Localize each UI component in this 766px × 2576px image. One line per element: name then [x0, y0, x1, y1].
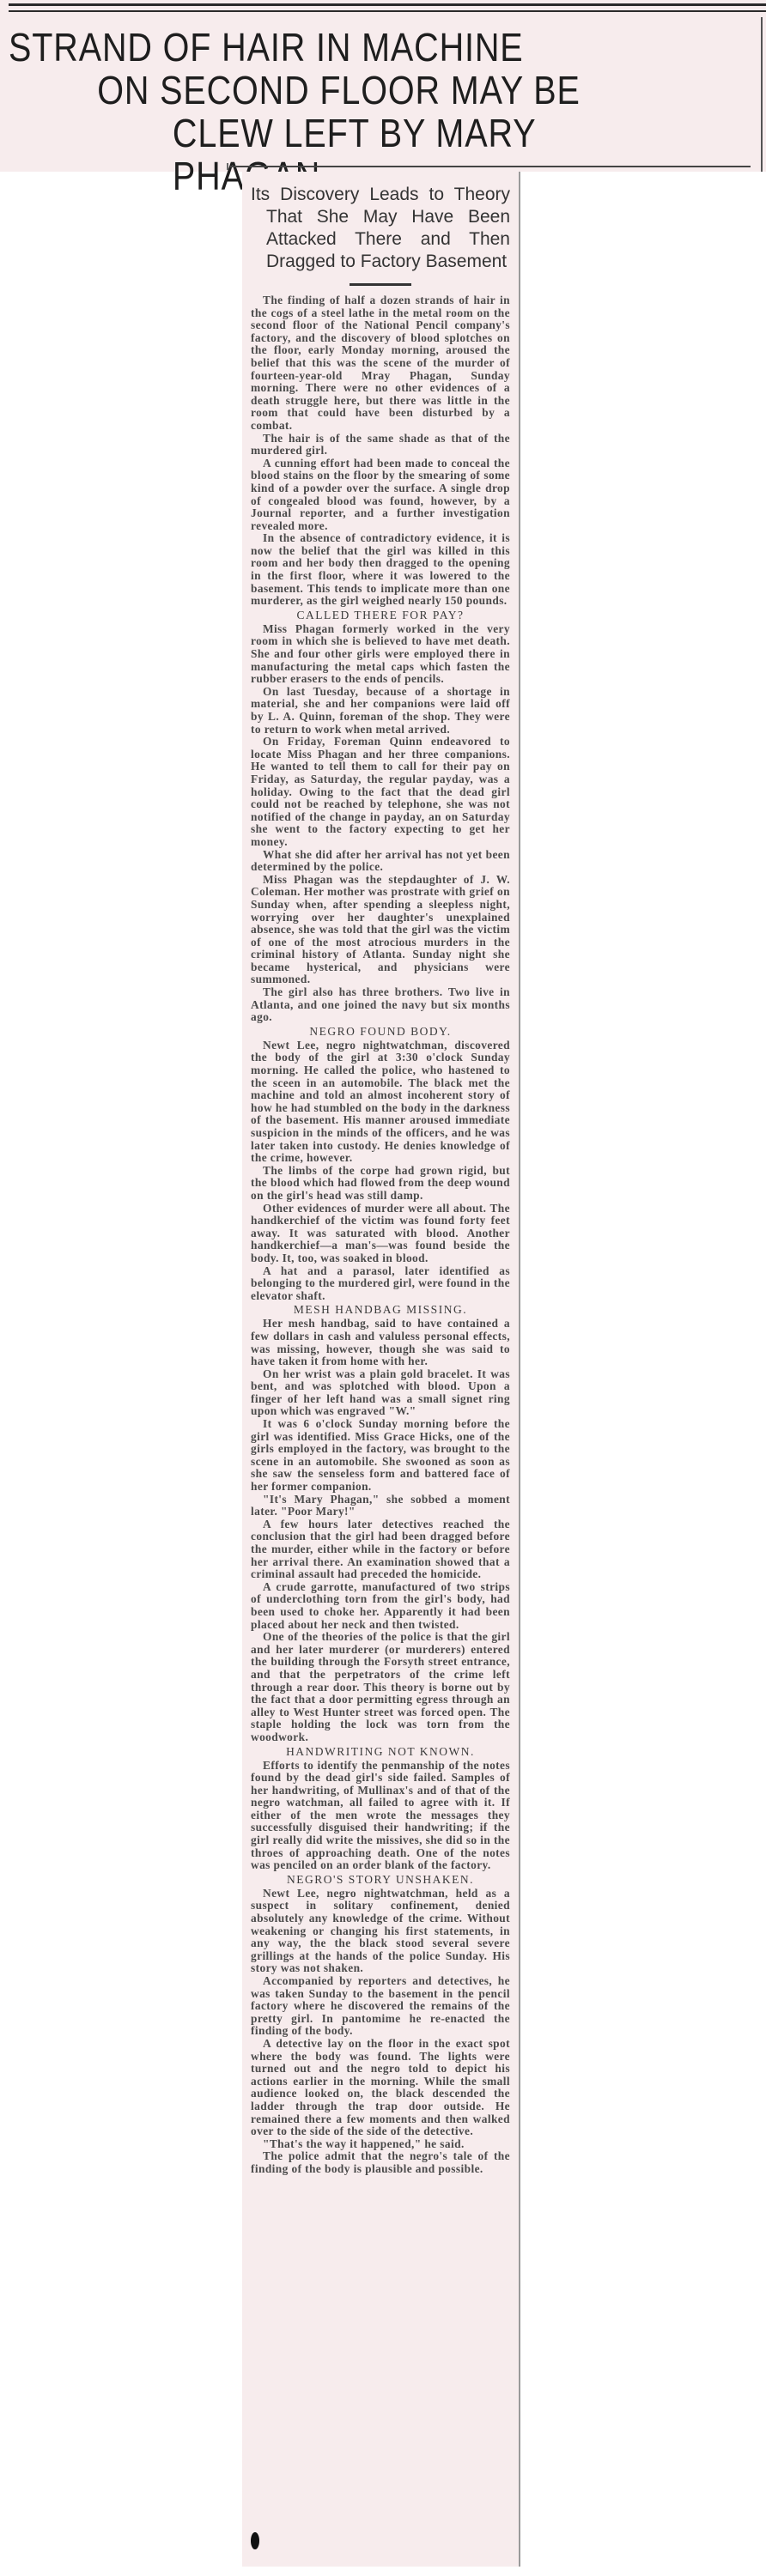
article-paragraph: It was 6 o'clock Sunday morning before t… [251, 1418, 510, 1494]
article-paragraph: A hat and a parasol, later identified as… [251, 1265, 510, 1303]
headline-line-2: ON SECOND FLOOR MAY BE [9, 69, 651, 112]
headline-banner: STRAND OF HAIR IN MACHINE ON SECOND FLOO… [0, 0, 766, 172]
article-paragraph: In the absence of contradictory evidence… [251, 532, 510, 608]
article-paragraph: Efforts to identify the penmanship of th… [251, 1760, 510, 1872]
article-paragraph: Miss Phagan was the stepdaughter of J. W… [251, 874, 510, 986]
article-paragraph: The girl also has three brothers. Two li… [251, 986, 510, 1024]
article-paragraph: Other evidences of murder were all about… [251, 1203, 510, 1265]
article-paragraph: "That's the way it happened," he said. [251, 2138, 510, 2151]
section-heading: HANDWRITING NOT KNOWN. [251, 1745, 510, 1759]
column-rule [761, 17, 763, 172]
article-paragraph: The finding of half a dozen strands of h… [251, 294, 510, 433]
section-heading: NEGRO'S STORY UNSHAKEN. [251, 1873, 510, 1887]
article-paragraph: A few hours later detectives reached the… [251, 1518, 510, 1581]
article-paragraph: A cunning effort had been made to concea… [251, 458, 510, 533]
section-heading: NEGRO FOUND BODY. [251, 1025, 510, 1039]
article-paragraph: On Friday, Foreman Quinn endeavored to l… [251, 736, 510, 848]
article-paragraph: "It's Mary Phagan," she sobbed a moment … [251, 1494, 510, 1518]
headline-line-1: STRAND OF HAIR IN MACHINE [9, 26, 651, 69]
article-paragraph: The hair is of the same shade as that of… [251, 433, 510, 458]
article-paragraph: The limbs of the corpe had grown rigid, … [251, 1165, 510, 1203]
top-rule [9, 3, 766, 6]
article-paragraph: Miss Phagan formerly worked in the very … [251, 623, 510, 686]
article-paragraph: On last Tuesday, because of a shortage i… [251, 686, 510, 736]
article-paragraph: What she did after her arrival has not y… [251, 849, 510, 874]
deck-text: Its Discovery Leads to Theory That She M… [251, 184, 510, 273]
deck-divider [350, 283, 411, 286]
subheadline-deck: Its Discovery Leads to Theory That She M… [251, 184, 510, 273]
article-column: Its Discovery Leads to Theory That She M… [242, 172, 520, 2567]
section-heading: MESH HANDBAG MISSING. [251, 1303, 510, 1317]
article-paragraph: A detective lay on the floor in the exac… [251, 2038, 510, 2138]
ink-smudge [251, 2532, 259, 2549]
article-body: The finding of half a dozen strands of h… [251, 294, 510, 2176]
article-paragraph: Newt Lee, negro nightwatchman, held as a… [251, 1888, 510, 1975]
article-paragraph: The police admit that the negro's tale o… [251, 2150, 510, 2175]
section-heading: CALLED THERE FOR PAY? [251, 609, 510, 622]
article-paragraph: On her wrist was a plain gold bracelet. … [251, 1368, 510, 1418]
article-paragraph: Her mesh handbag, said to have contained… [251, 1318, 510, 1367]
article-paragraph: One of the theories of the police is tha… [251, 1631, 510, 1743]
article-paragraph: Accompanied by reporters and detectives,… [251, 1975, 510, 2038]
top-rule-thin [9, 10, 766, 12]
headline-underline [230, 166, 751, 167]
article-paragraph: A crude garrotte, manufactured of two st… [251, 1581, 510, 1631]
divider-tick [227, 163, 228, 170]
article-paragraph: Newt Lee, negro nightwatchman, discovere… [251, 1039, 510, 1165]
